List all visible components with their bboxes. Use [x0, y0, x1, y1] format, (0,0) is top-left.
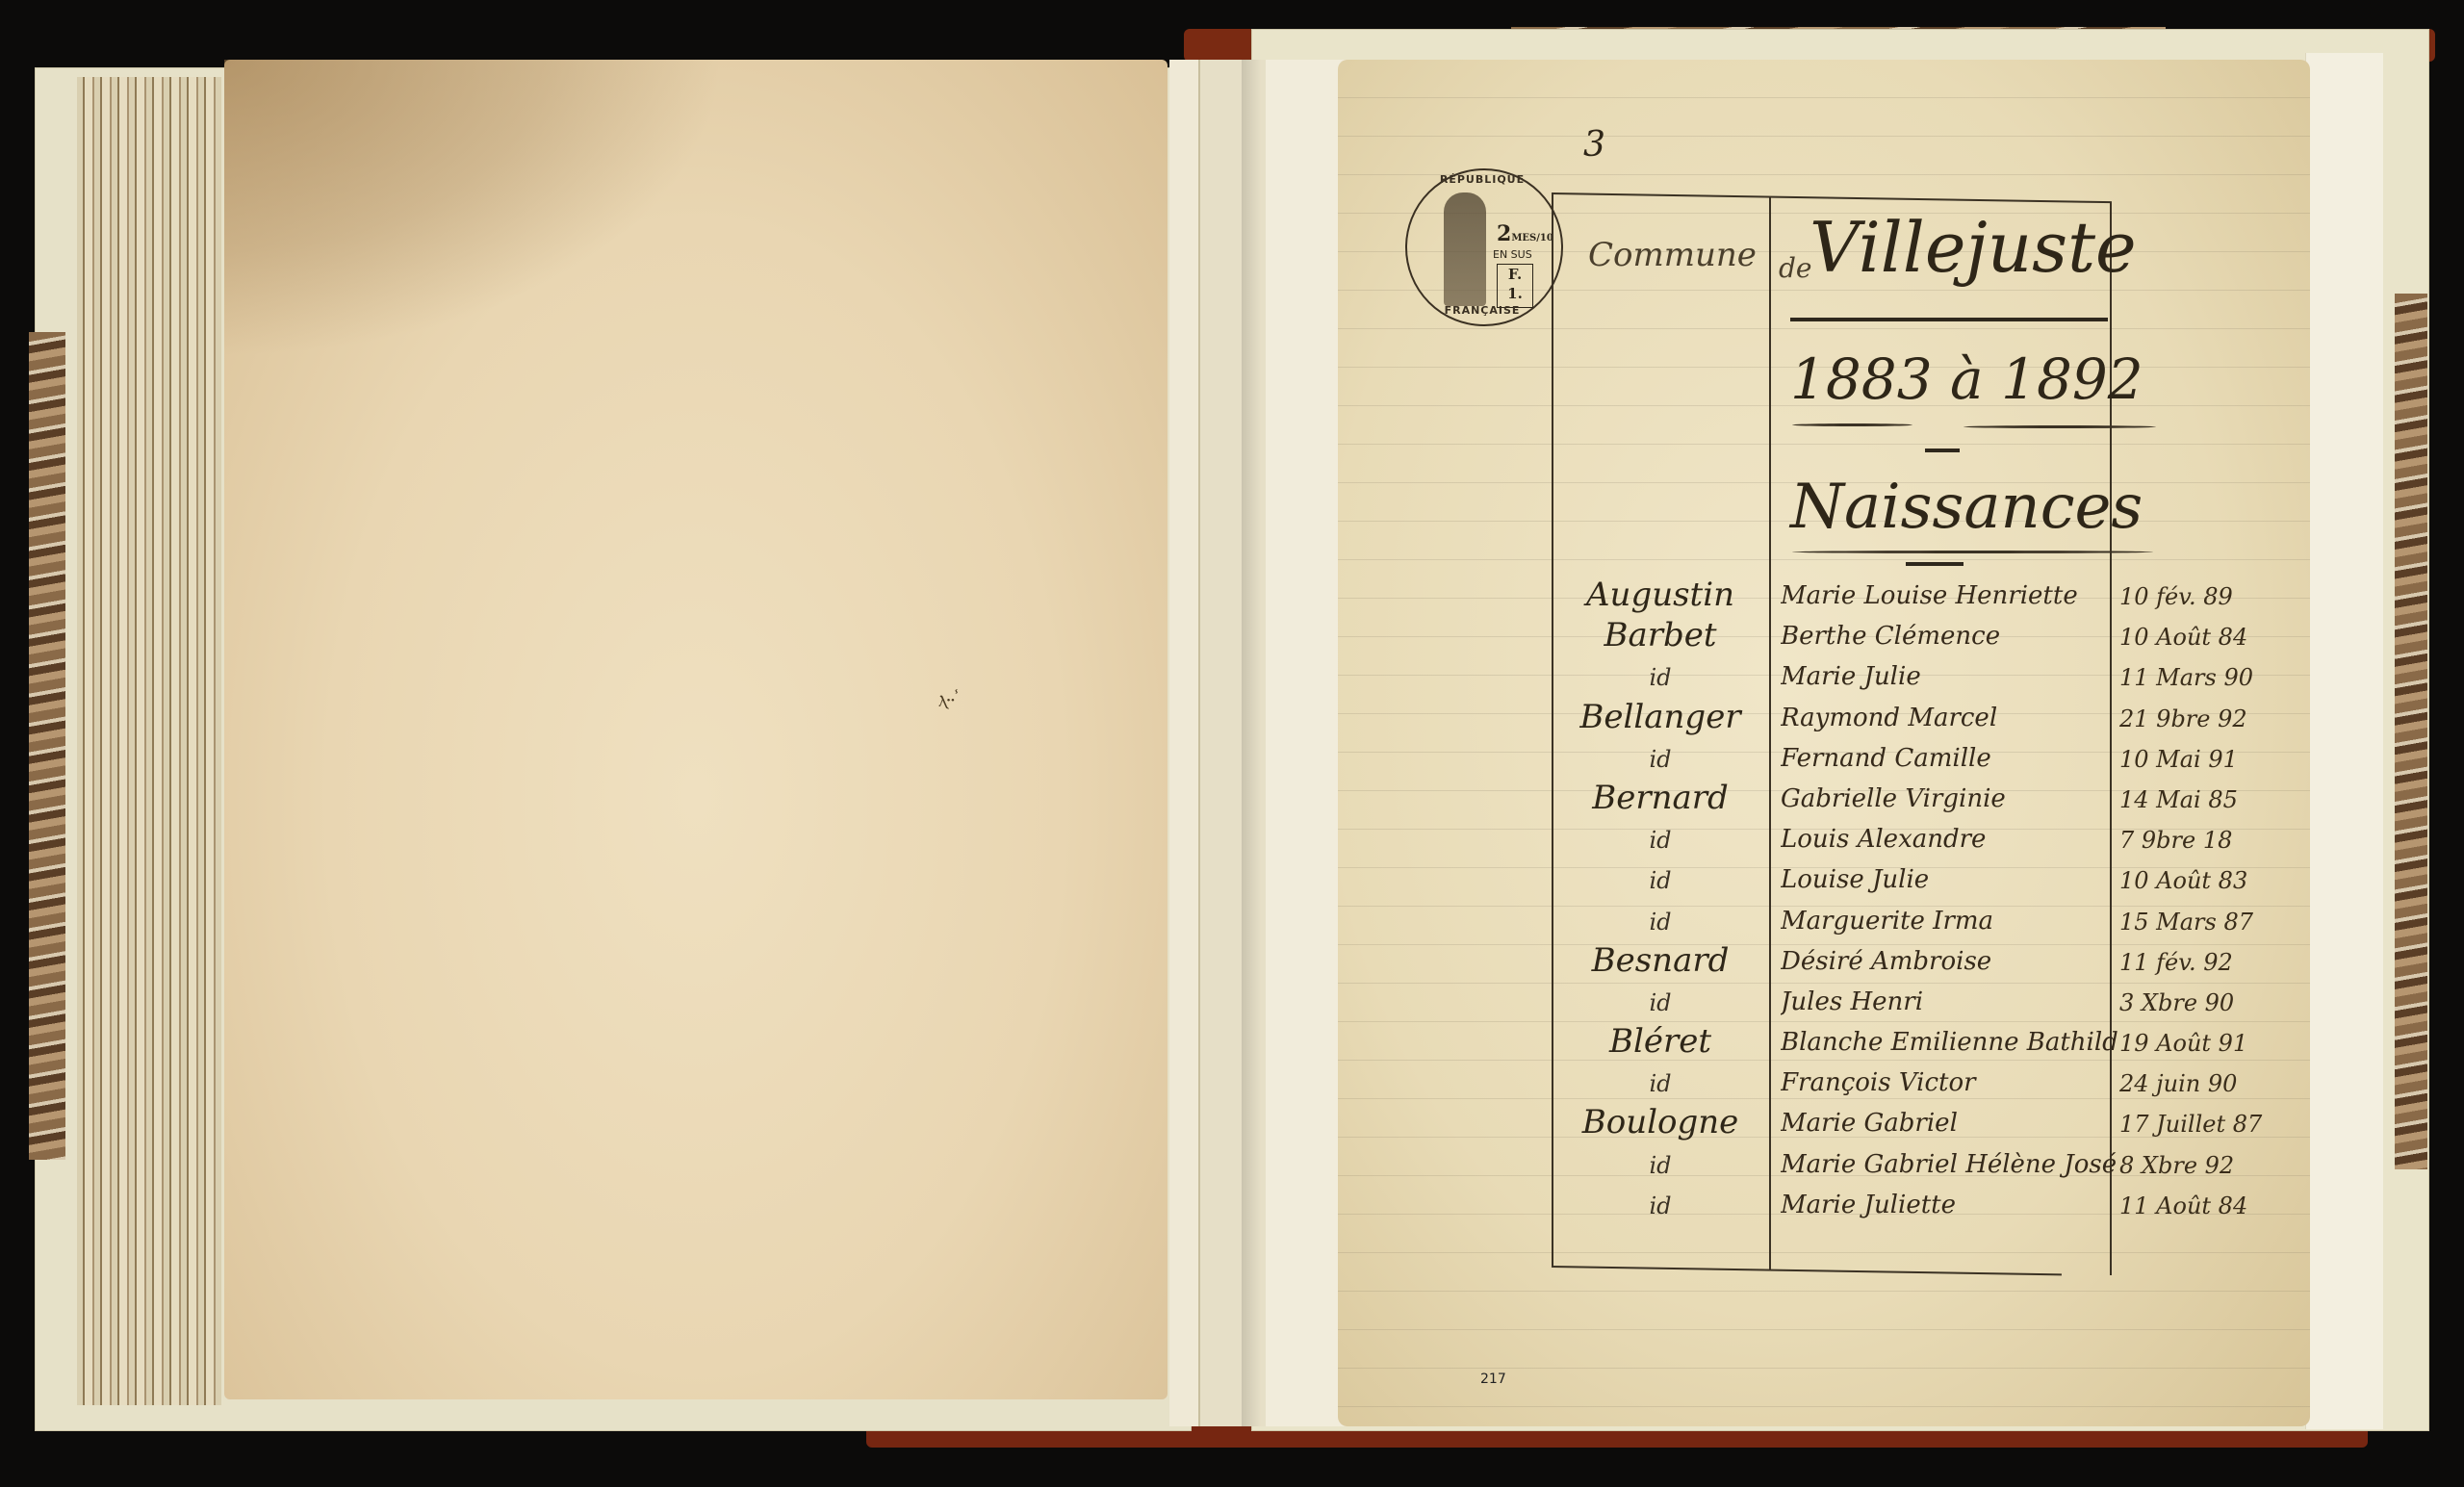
given-names: Désiré Ambroise [1781, 947, 2117, 976]
separator-dash [1925, 449, 1960, 452]
birth-date: 7 9bre 18 [2119, 827, 2293, 854]
section-title: Naissances [1790, 472, 2143, 543]
given-names: Marguerite Irma [1781, 907, 2117, 936]
table-row: BoulogneMarie Gabriel17 Juillet 87 [1552, 1103, 2283, 1143]
underline-years-b [1963, 425, 2156, 428]
surname: id [1552, 867, 1769, 894]
given-names: Berthe Clémence [1781, 622, 2117, 651]
surname: Barbet [1552, 616, 1769, 654]
table-row: BernardGabrielle Virginie14 Mai 85 [1552, 779, 2283, 819]
birth-date: 3 Xbre 90 [2119, 989, 2293, 1016]
surname: id [1552, 909, 1769, 936]
birth-date: 24 juin 90 [2119, 1070, 2293, 1097]
gutter-shadow [1242, 60, 1261, 1426]
surname: Besnard [1552, 941, 1769, 980]
birth-date: 8 Xbre 92 [2119, 1152, 2293, 1179]
table-row: idMarie Gabriel Hélène Joséphine8 Xbre 9… [1552, 1144, 2283, 1185]
table-row: BléretBlanche Emilienne Bathilde19 Août … [1552, 1022, 2283, 1063]
table-row: idFernand Camille10 Mai 91 [1552, 738, 2283, 779]
given-names: François Victor [1781, 1068, 2117, 1097]
birth-date: 17 Juillet 87 [2119, 1111, 2293, 1138]
given-names: Marie Louise Henriette [1781, 581, 2117, 610]
birth-date: 19 Août 91 [2119, 1030, 2293, 1057]
given-names: Louis Alexandre [1781, 825, 2117, 854]
given-names: Marie Gabriel [1781, 1109, 2117, 1138]
separator-dash-2 [1906, 562, 1963, 566]
given-names: Gabrielle Virginie [1781, 784, 2117, 813]
justice-figure-icon [1444, 192, 1486, 306]
surname: id [1552, 827, 1769, 854]
surname: Bléret [1552, 1022, 1769, 1061]
table-row: BarbetBerthe Clémence10 Août 84 [1552, 616, 2283, 656]
stamp-top-text: RÉPUBLIQUE [1415, 173, 1550, 186]
folio-number: 217 [1480, 1372, 1506, 1387]
birth-date: 21 9bre 92 [2119, 705, 2293, 732]
table-row: idMarguerite Irma15 Mars 87 [1552, 901, 2283, 941]
page-number: 3 [1583, 125, 1605, 165]
ink-marks: ⲗ··ⸯ [938, 688, 1054, 715]
surname: id [1552, 664, 1769, 691]
birth-date: 10 Mai 91 [2119, 746, 2293, 773]
birth-date: 14 Mai 85 [2119, 786, 2293, 813]
given-names: Marie Julie [1781, 662, 2117, 691]
marbled-cover-left [29, 332, 65, 1160]
surname: id [1552, 989, 1769, 1016]
page-edges-stack [77, 77, 221, 1405]
stamp-box-line2: 1. [1498, 284, 1532, 303]
given-names: Jules Henri [1781, 987, 2117, 1016]
birth-date: 11 fév. 92 [2119, 949, 2293, 976]
underline-commune [1790, 318, 2108, 321]
table-row: idMarie Julie11 Mars 90 [1552, 656, 2283, 697]
table-row: idFrançois Victor24 juin 90 [1552, 1063, 2283, 1103]
table-row: BellangerRaymond Marcel21 9bre 92 [1552, 698, 2283, 738]
table-row: idJules Henri3 Xbre 90 [1552, 982, 2283, 1022]
table-row: idLouise Julie10 Août 83 [1552, 859, 2283, 900]
surname: id [1552, 1152, 1769, 1179]
table-row: idLouis Alexandre7 9bre 18 [1552, 819, 2283, 859]
underline-section [1792, 551, 2153, 553]
birth-date: 15 Mars 87 [2119, 909, 2293, 936]
register-entries: AugustinMarie Louise Henriette10 fév. 89… [1552, 576, 2283, 1225]
given-names: Raymond Marcel [1781, 704, 2117, 732]
de-label: de [1779, 252, 1812, 284]
stamp-box: F.1. [1497, 264, 1533, 308]
commune-label: Commune [1588, 236, 1757, 274]
surname: Boulogne [1552, 1103, 1769, 1141]
stamp-ensus: EN SUS [1493, 248, 1532, 261]
given-names: Marie Juliette [1781, 1191, 2117, 1219]
birth-date: 10 fév. 89 [2119, 583, 2293, 610]
water-stain [224, 60, 725, 358]
given-names: Louise Julie [1781, 865, 2117, 894]
stamp-price-main: 2 [1497, 221, 1511, 246]
birth-date: 11 Mars 90 [2119, 664, 2293, 691]
stamp-price: 2MES/10 [1497, 223, 1553, 244]
surname: Bellanger [1552, 698, 1769, 736]
birth-date: 10 Août 83 [2119, 867, 2293, 894]
stamp-price-fraction: MES/10 [1511, 233, 1553, 244]
table-row: BesnardDésiré Ambroise11 fév. 92 [1552, 941, 2283, 982]
given-names: Marie Gabriel Hélène Joséphine [1781, 1150, 2117, 1179]
surname: Bernard [1552, 779, 1769, 817]
birth-date: 10 Août 84 [2119, 624, 2293, 651]
stamp-box-line1: F. [1498, 265, 1532, 284]
right-page-edges [2305, 53, 2383, 1429]
marbled-cover-right [2395, 294, 2427, 1169]
surname: id [1552, 1070, 1769, 1097]
commune-name: Villejuste [1809, 207, 2137, 288]
given-names: Fernand Camille [1781, 744, 2117, 773]
surname: id [1552, 1192, 1769, 1219]
given-names: Blanche Emilienne Bathilde [1781, 1028, 2117, 1057]
underline-years-a [1792, 423, 1912, 426]
birth-date: 11 Août 84 [2119, 1192, 2293, 1219]
table-row: AugustinMarie Louise Henriette10 fév. 89 [1552, 576, 2283, 616]
surname: id [1552, 746, 1769, 773]
year-range: 1883 à 1892 [1790, 346, 2143, 412]
gutter-left [1169, 60, 1198, 1426]
surname: Augustin [1552, 576, 1769, 614]
table-row: idMarie Juliette11 Août 84 [1552, 1185, 2283, 1225]
stamp-bottom-text: FRANÇAISE [1415, 304, 1550, 317]
